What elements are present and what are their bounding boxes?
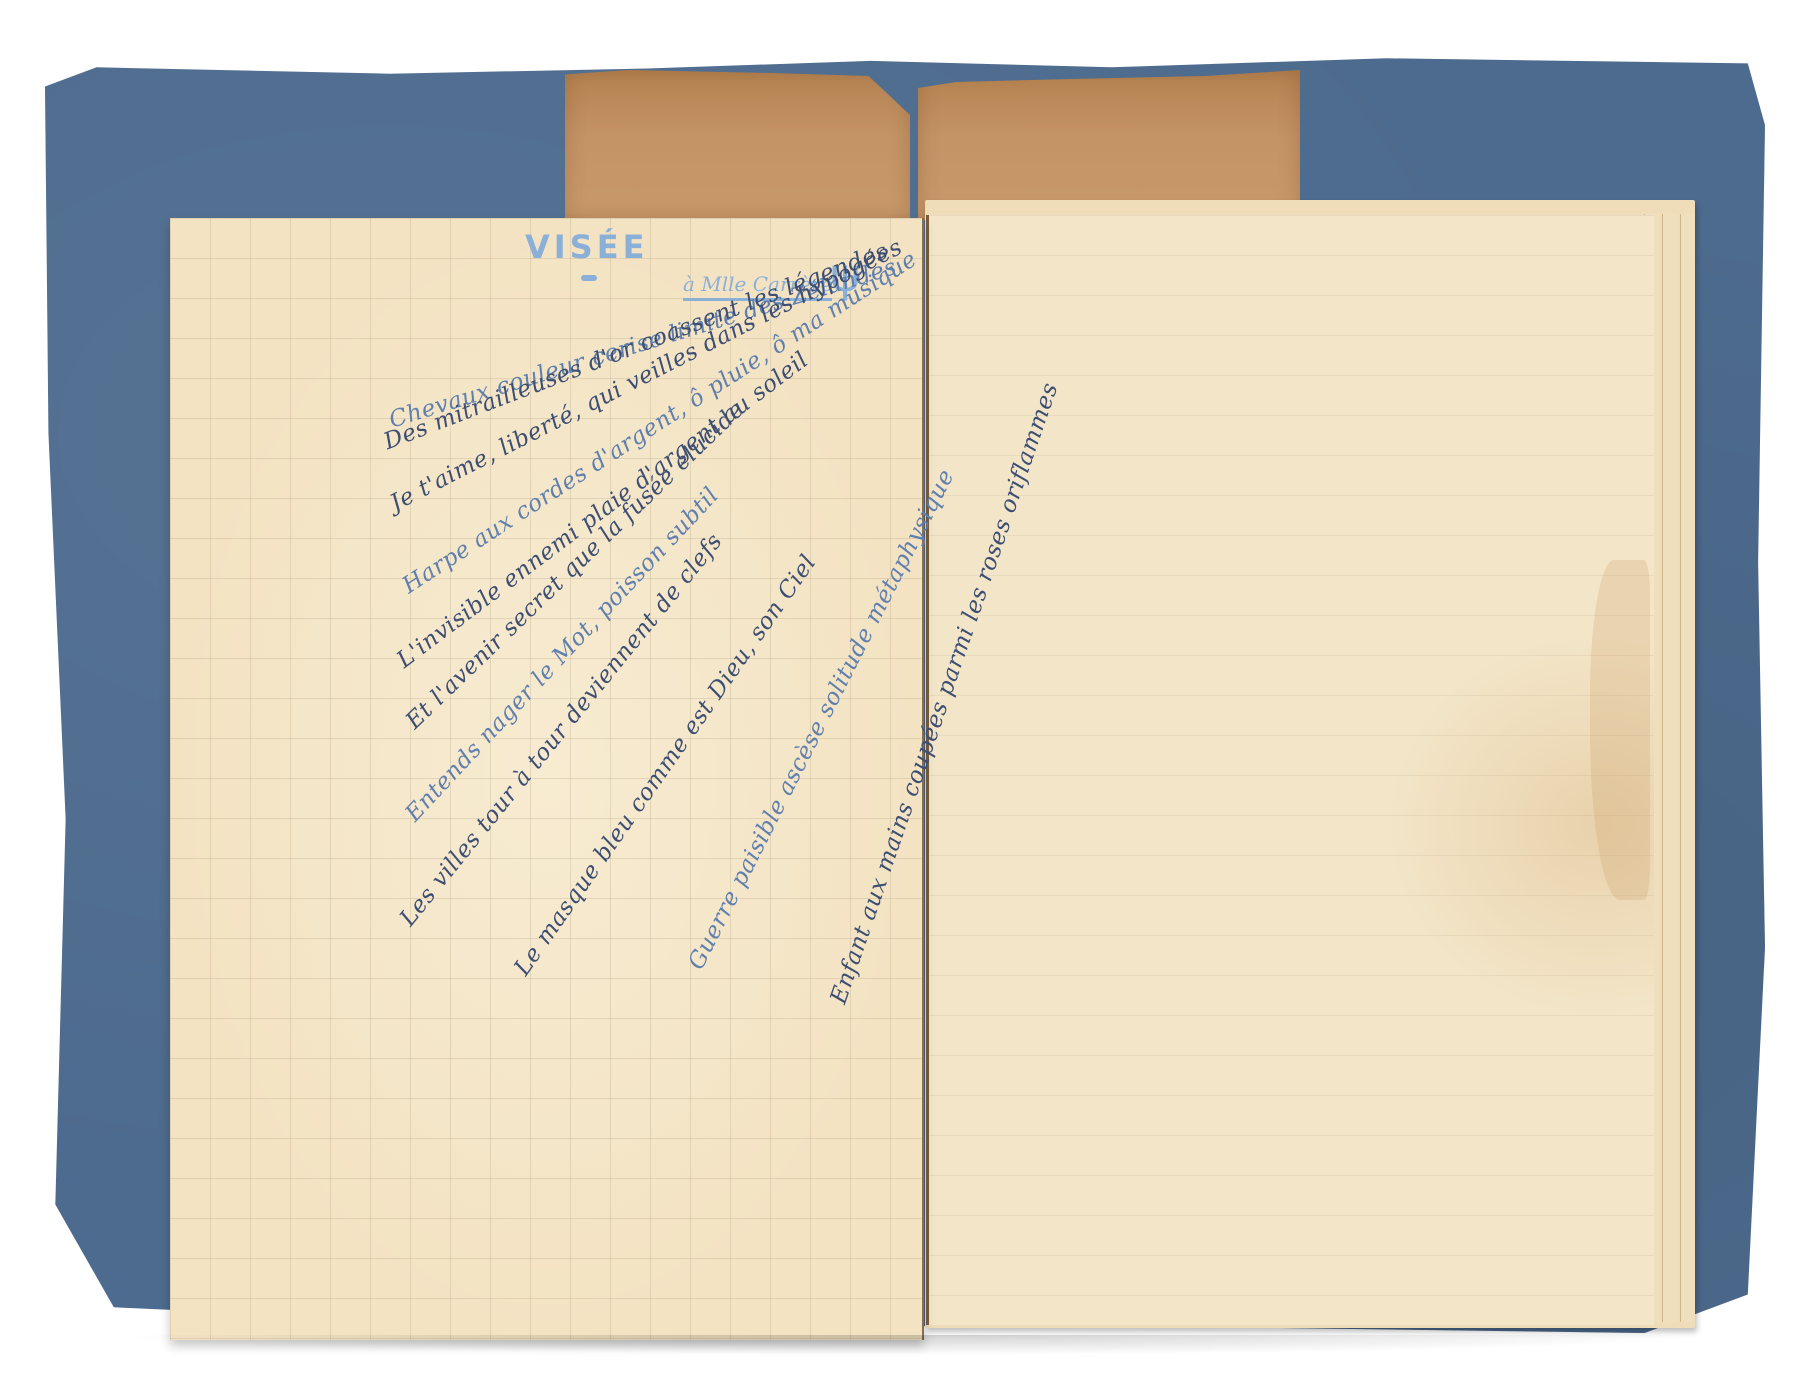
kraft-band-right — [918, 70, 1300, 220]
right-page-blank — [926, 215, 1654, 1325]
page-edge — [1680, 214, 1695, 1322]
water-stain — [1590, 560, 1650, 900]
kraft-band-left — [565, 70, 910, 220]
drop-shadow — [110, 1335, 1710, 1355]
title-underline-mark — [581, 275, 597, 281]
page-edge — [1662, 214, 1677, 1322]
poem-title: VISÉE — [525, 228, 648, 266]
